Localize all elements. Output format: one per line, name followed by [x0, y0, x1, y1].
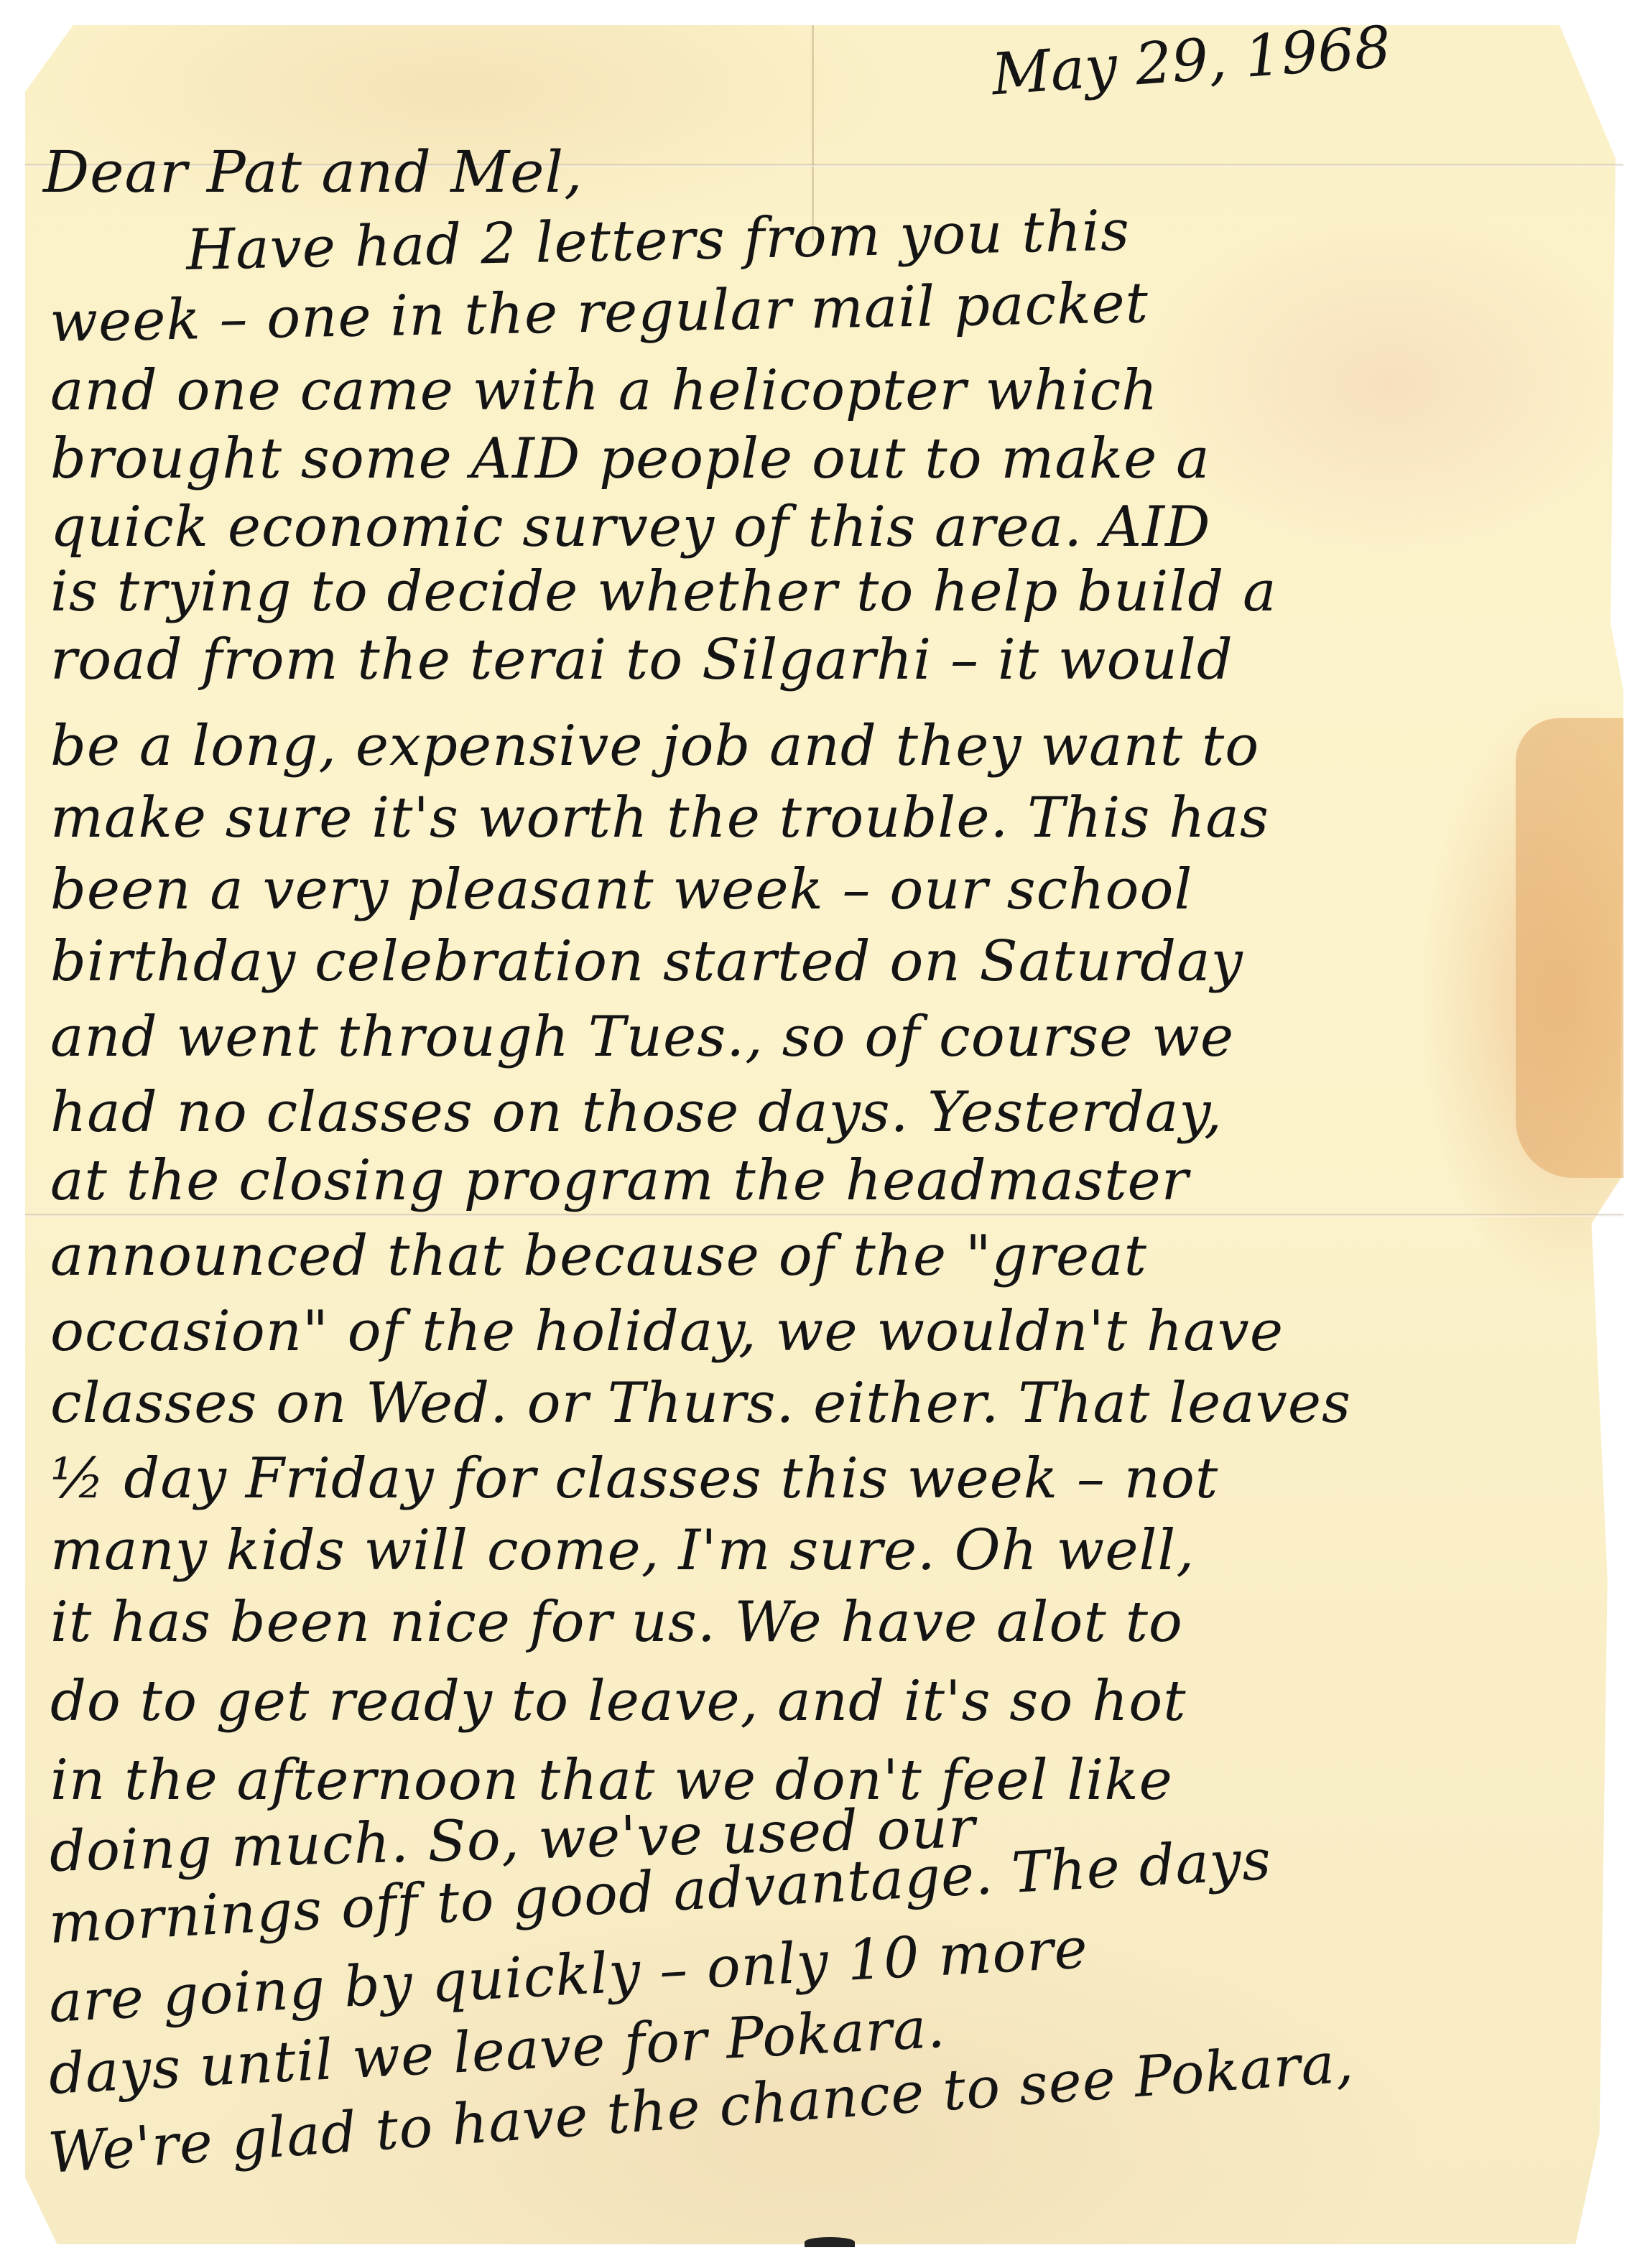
- letter-line: road from the terai to Silgarhi – it wou…: [50, 632, 1233, 688]
- paper-fold-middle: [25, 1214, 1623, 1217]
- ink-mark: [805, 2237, 855, 2247]
- letter-line: birthday celebration started on Saturday: [50, 934, 1243, 990]
- letter-line: brought some AID people out to make a: [50, 431, 1210, 487]
- letter-line: in the afternoon that we don't feel like: [50, 1752, 1173, 1808]
- salutation: Dear Pat and Mel,: [43, 144, 583, 201]
- letter-line: classes on Wed. or Thurs. either. That l…: [50, 1375, 1351, 1431]
- tape-stain: [1516, 718, 1623, 1178]
- letter-line: it has been nice for us. We have alot to: [50, 1594, 1183, 1650]
- letter-line: been a very pleasant week – our school: [50, 862, 1192, 918]
- letter-line: make sure it's worth the trouble. This h…: [50, 790, 1269, 846]
- letter-line: is trying to decide whether to help buil…: [50, 564, 1277, 620]
- letter-line: be a long, expensive job and they want t…: [50, 718, 1259, 774]
- letter-line: do to get ready to leave, and it's so ho…: [50, 1673, 1187, 1729]
- letter-line: announced that because of the "great: [50, 1228, 1147, 1284]
- letter-line: at the closing program the headmaster: [50, 1153, 1189, 1209]
- letter-line: and one came with a helicopter which: [50, 363, 1158, 419]
- letter-line: many kids will come, I'm sure. Oh well,: [50, 1523, 1195, 1579]
- letter-line: had no classes on those days. Yesterday,: [50, 1084, 1223, 1140]
- letter-line: ½ day Friday for classes this week – not: [50, 1451, 1218, 1507]
- letter-line: occasion" of the holiday, we wouldn't ha…: [50, 1303, 1284, 1360]
- letter-line: quick economic survey of this area. AID: [50, 499, 1211, 555]
- letter-line: and went through Tues., so of course we: [50, 1009, 1234, 1065]
